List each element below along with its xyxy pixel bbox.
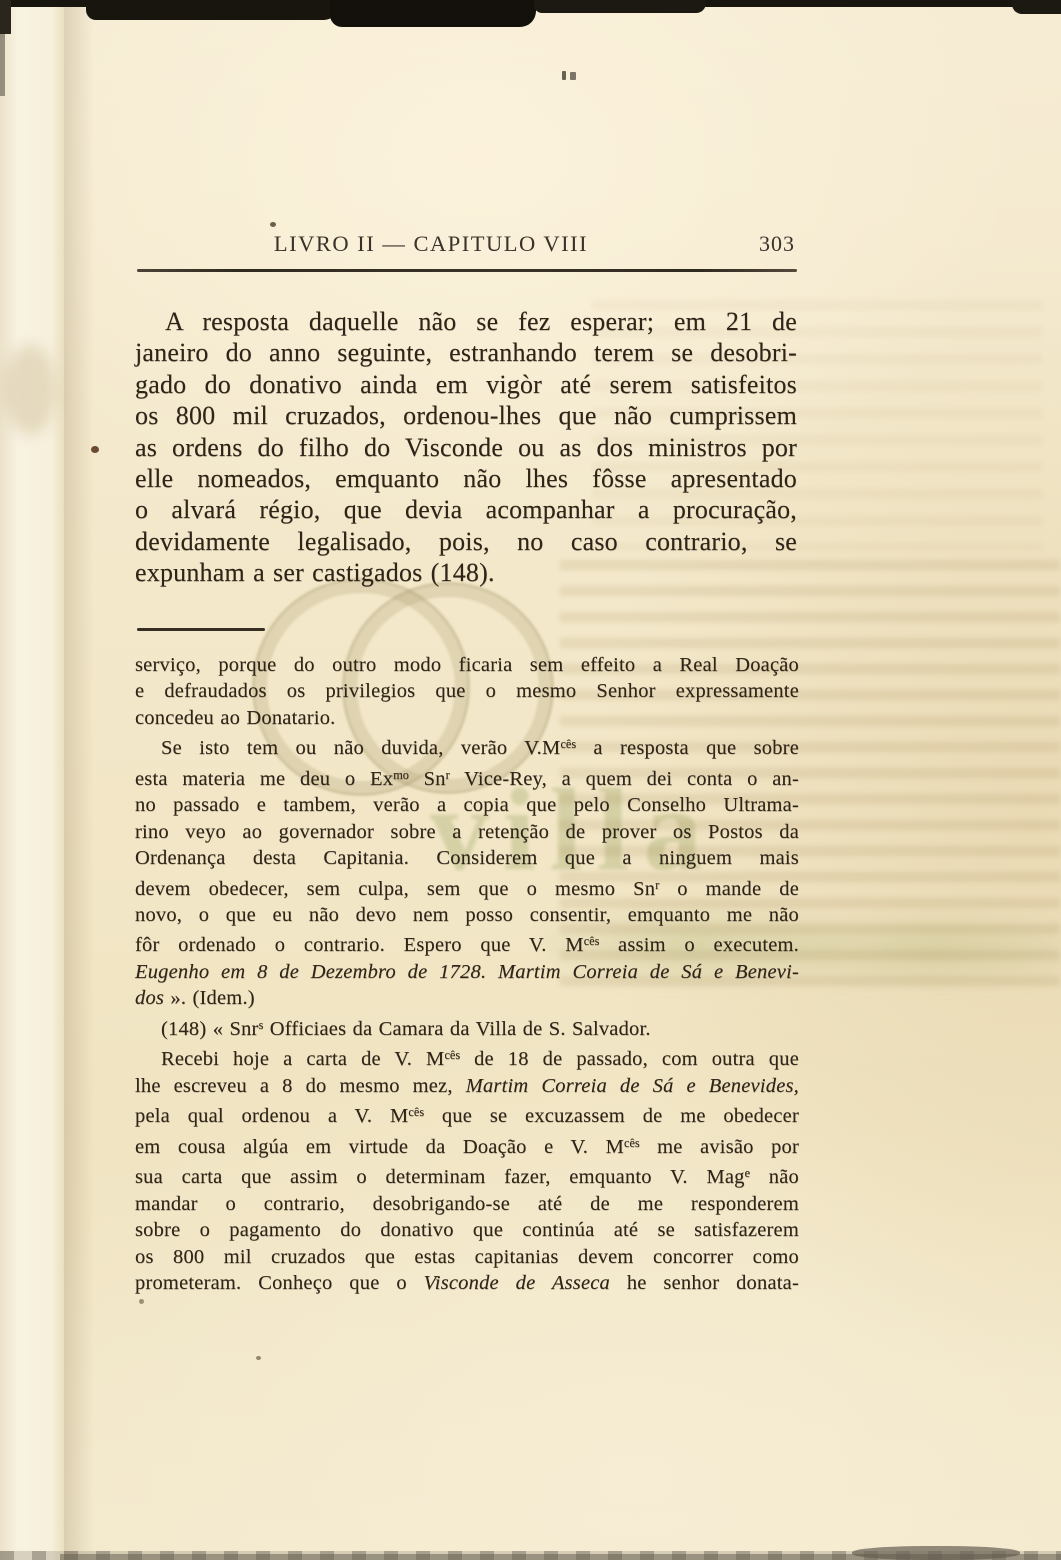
body-line: A resposta daquelle não se fez esperar; … — [135, 306, 797, 337]
scanner-edge-left — [0, 34, 5, 96]
scanner-edge-top-tear — [534, 0, 706, 13]
ink-speck — [91, 446, 99, 453]
footnote-line: fôr ordenado o contrario. Espero que V. … — [135, 928, 799, 959]
footnote-line: concedeu ao Donatario. — [135, 705, 799, 731]
ink-speck — [139, 1299, 144, 1304]
body-paragraph: A resposta daquelle não se fez esperar; … — [135, 306, 797, 589]
footnote-line: Se isto tem ou não duvida, verão V.Mcês … — [135, 731, 799, 762]
footnote-line: devem obedecer, sem culpa, sem que o mes… — [135, 872, 799, 903]
page-gutter-shadow — [64, 0, 94, 1560]
footnote-line: no passado e tambem, verão a copia que p… — [135, 792, 799, 818]
footnote-line: lhe escreveu a 8 do mesmo mez, Martim Co… — [135, 1073, 799, 1099]
footnote-line: serviço, porque do outro modo ficaria se… — [135, 652, 799, 678]
scanner-edge-top-tear — [330, 0, 536, 27]
page-number: 303 — [759, 231, 795, 257]
header-rule — [137, 269, 797, 272]
body-line: elle nomeados, emquanto não lhes fôsse a… — [135, 463, 797, 494]
scanner-edge-top-right — [1012, 0, 1061, 14]
ink-speck — [270, 222, 276, 227]
footnote-line: dos ». (Idem.) — [135, 985, 799, 1011]
footnote-line: os 800 mil cruzados que estas capitanias… — [135, 1244, 799, 1270]
footnote-separator — [137, 628, 265, 631]
footnote-line: sua carta que assim o determinam fazer, … — [135, 1160, 799, 1191]
scanned-book-page: villa LIVRO II — CAPITULO VIII 303 A res… — [0, 0, 1061, 1560]
footnote-line: e defraudados os privilegios que o mesmo… — [135, 678, 799, 704]
footnote-line: sobre o pagamento do donativo que contin… — [135, 1217, 799, 1243]
running-header: LIVRO II — CAPITULO VIII 303 — [135, 231, 797, 261]
footnote-line: Recebi hoje a carta de V. Mcês de 18 de … — [135, 1042, 799, 1073]
footnote-line: prometeram. Conheço que o Visconde de As… — [135, 1270, 799, 1296]
paper-stain — [4, 345, 56, 435]
body-line: expunham a ser castigados (148). — [135, 557, 797, 588]
body-line: as ordens do filho do Visconde ou as dos… — [135, 432, 797, 463]
body-line: o alvará régio, que devia acompanhar a p… — [135, 494, 797, 525]
footnote-line: (148) « Snrs Officiaes da Camara da Vill… — [135, 1012, 799, 1043]
footnote-line: novo, o que eu não devo nem posso consen… — [135, 902, 799, 928]
ink-speck — [562, 71, 566, 80]
footnote-line: Ordenança desta Capitania. Considerem qu… — [135, 845, 799, 871]
ink-speck — [570, 72, 576, 80]
chapter-title: LIVRO II — CAPITULO VIII — [135, 231, 727, 257]
footnotes: serviço, porque do outro modo ficaria se… — [135, 652, 799, 1297]
scanner-edge-top-tear — [86, 0, 338, 20]
footnote-line: mandar o contrario, desobrigando-se até … — [135, 1191, 799, 1217]
footnote-line: em cousa algúa em virtude da Doação e V.… — [135, 1130, 799, 1161]
scanner-edge-bottom — [60, 1554, 1061, 1560]
ink-speck — [256, 1356, 261, 1360]
footnote-line: Eugenho em 8 de Dezembro de 1728. Martim… — [135, 959, 799, 985]
footnote-line: pela qual ordenou a V. Mcês que se excuz… — [135, 1099, 799, 1130]
footnote-line: rino veyo ao governador sobre a retenção… — [135, 819, 799, 845]
body-line: janeiro do anno seguinte, estranhando te… — [135, 337, 797, 368]
scanner-edge-left — [0, 0, 11, 34]
footnote-line: esta materia me deu o Exmo Snr Vice-Rey,… — [135, 762, 799, 793]
body-line: os 800 mil cruzados, ordenou-lhes que nã… — [135, 400, 797, 431]
body-line: devidamente legalisado, pois, no caso co… — [135, 526, 797, 557]
body-line: gado do donativo ainda em vigòr até sere… — [135, 369, 797, 400]
underlying-page-edge — [0, 0, 64, 1560]
